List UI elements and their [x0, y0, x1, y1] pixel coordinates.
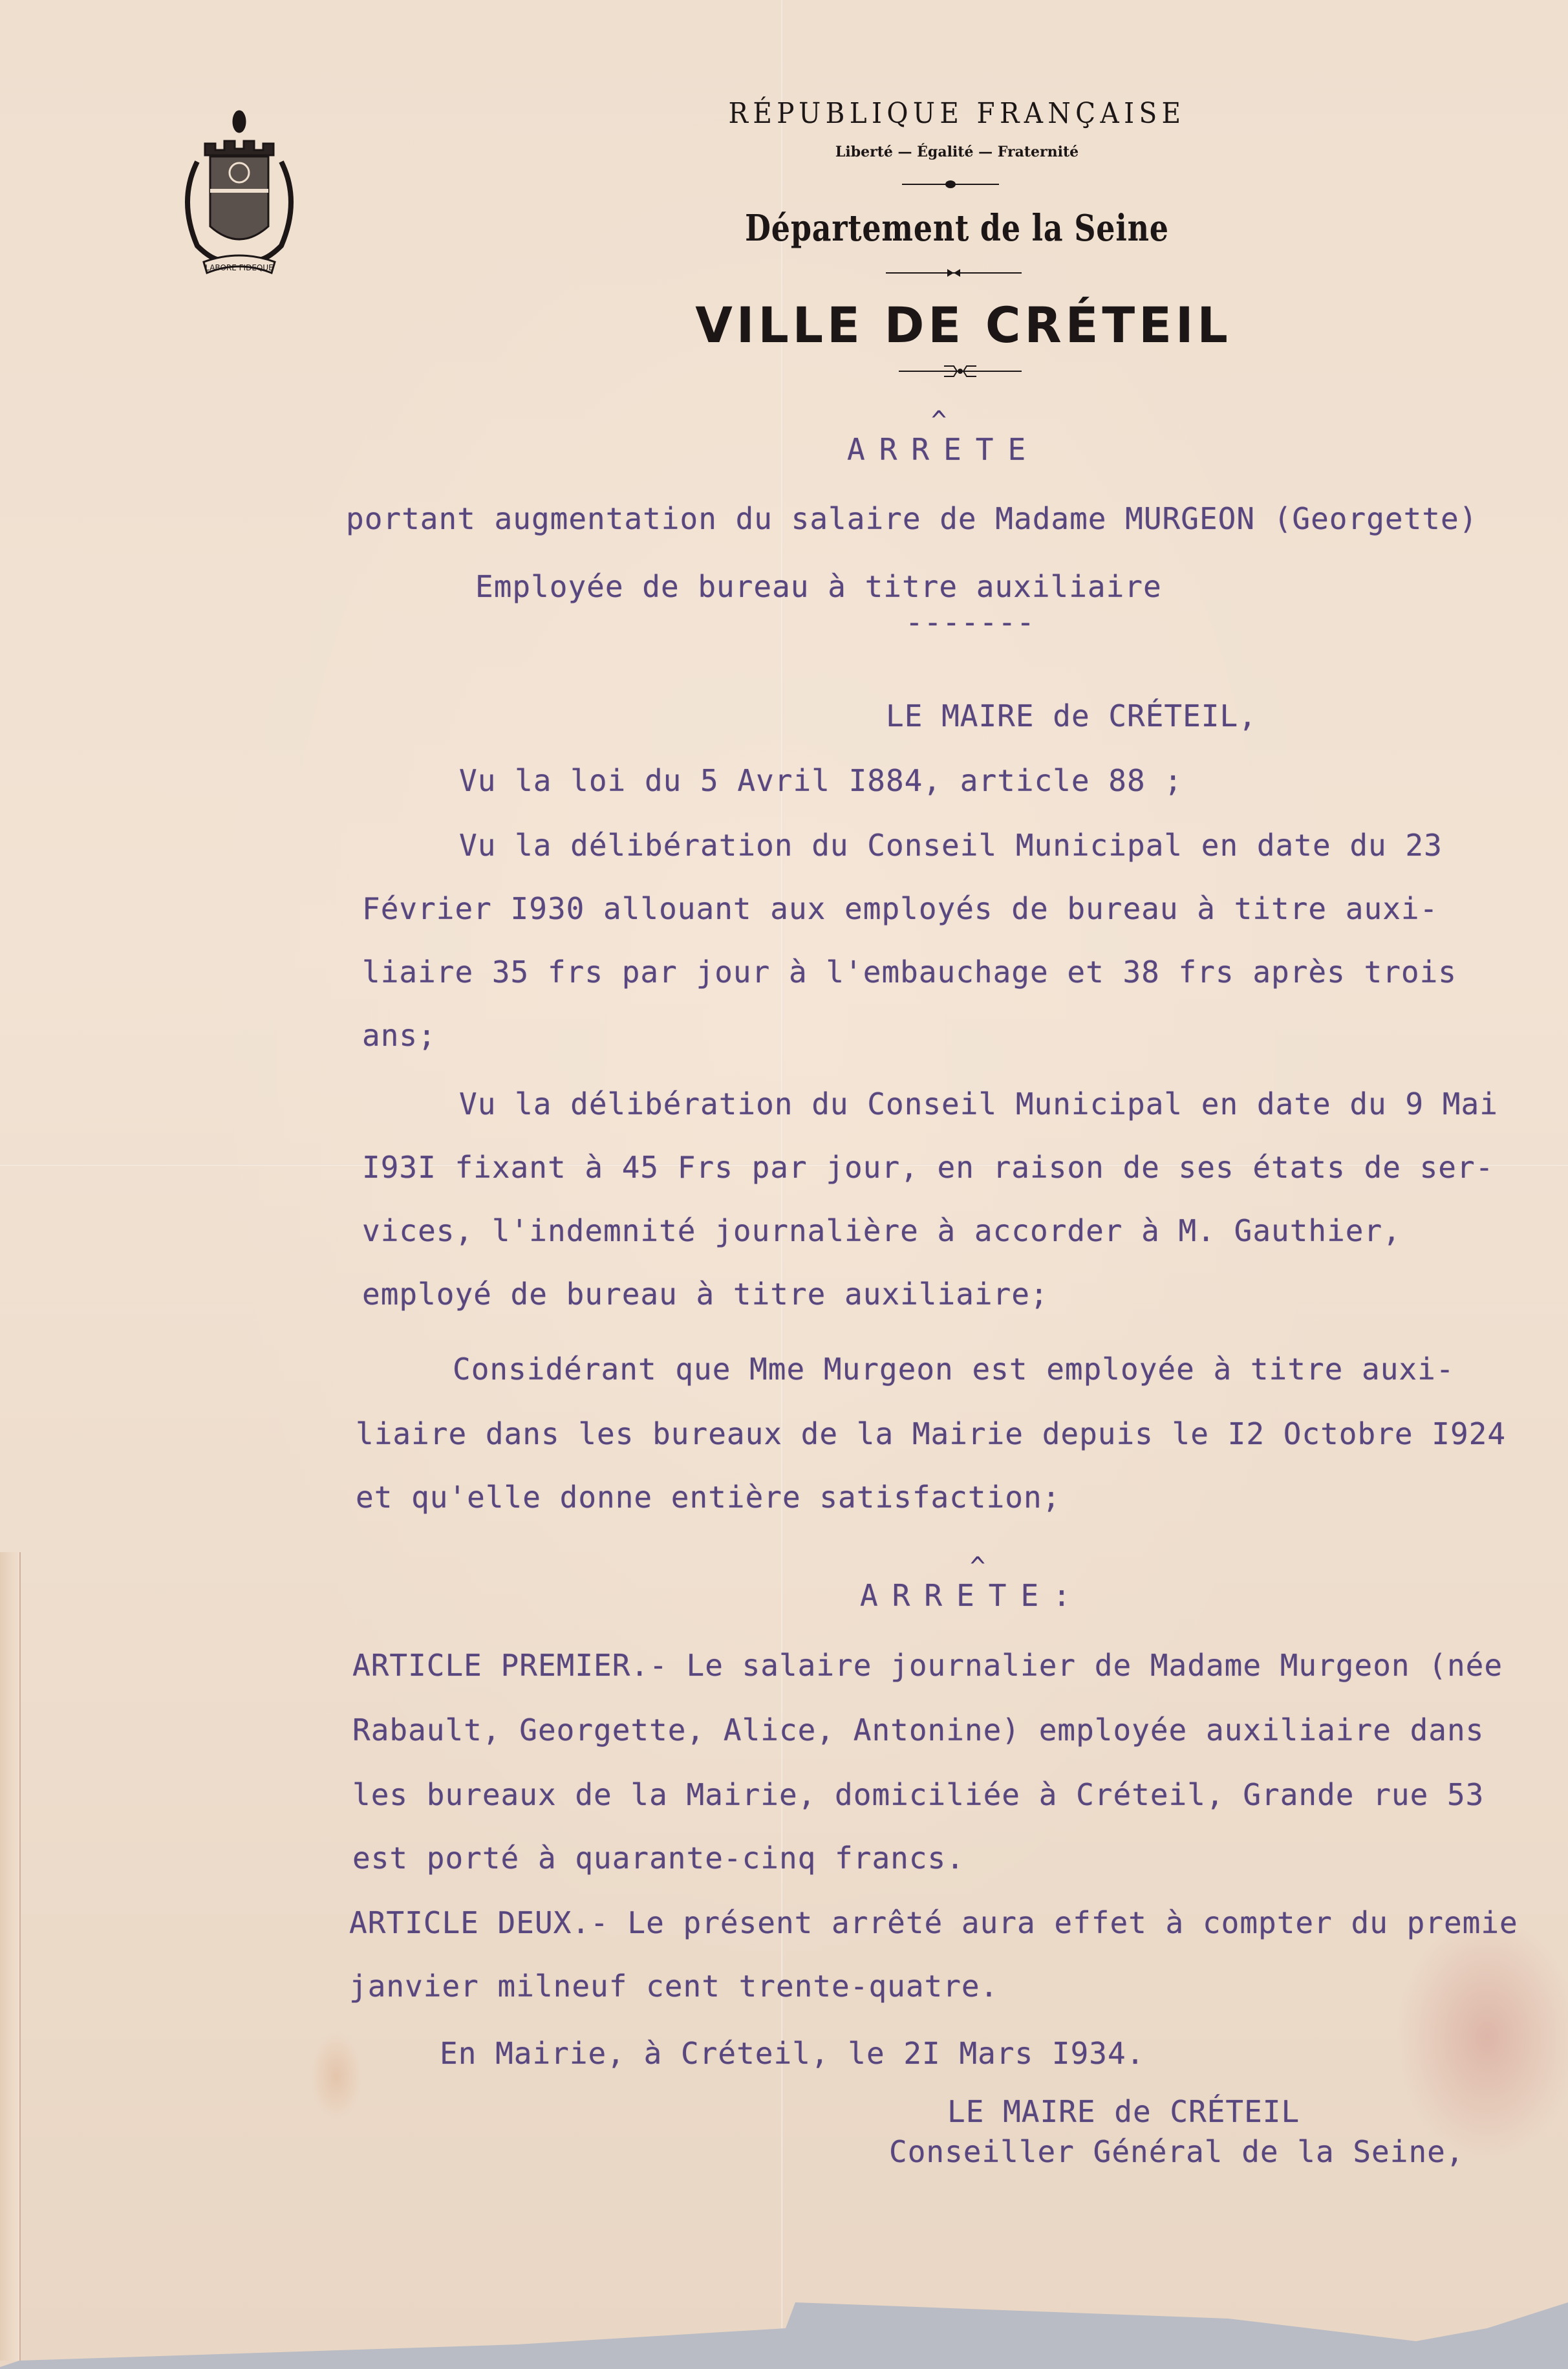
- consideration-1931-line-3: vices, l'indemnité journalière à accorde…: [362, 1213, 1401, 1248]
- consideration-1931-line-2: I93I fixant à 45 Frs par jour, en raison…: [362, 1150, 1494, 1185]
- article-1-line-3: les bureaux de la Mairie, domiciliée à C…: [352, 1777, 1484, 1812]
- article-1-line-4: est porté à quarante-cinq francs.: [352, 1841, 965, 1876]
- article-1-line-1: ARTICLE PREMIER.- Le salaire journalier …: [352, 1648, 1503, 1683]
- document-paper: LABORE FIDEQUE RÉPUBLIQUE FRANÇAISE Libe…: [0, 0, 1568, 2369]
- title-rule: -------: [905, 605, 1035, 640]
- consideration-employee-line-3: et qu'elle donne entière satisfaction;: [356, 1480, 1060, 1515]
- department-heading: Département de la Seine: [639, 207, 1275, 250]
- decree-heading: ARRETE:: [860, 1578, 1085, 1613]
- article-2-line-2: janvier milneuf cent trente-quatre.: [349, 1969, 998, 2004]
- article-1-line-2: Rabault, Georgette, Alice, Antonine) emp…: [352, 1713, 1484, 1747]
- consideration-1930-line-1: Vu la délibération du Conseil Municipal …: [459, 828, 1443, 863]
- subject-line-2: Employée de bureau à titre auxiliaire: [475, 569, 1162, 604]
- subject-line-1: portant augmentation du salaire de Madam…: [346, 501, 1477, 536]
- national-motto: Liberté — Égalité — Fraternité: [569, 144, 1345, 160]
- consideration-1930-line-4: ans;: [362, 1018, 436, 1053]
- signature-title: LE MAIRE de CRÉTEIL: [947, 2094, 1300, 2129]
- consideration-1931-line-1: Vu la délibération du Conseil Municipal …: [459, 1087, 1498, 1121]
- consideration-1930-line-3: liaire 35 frs par jour à l'embauchage et…: [362, 955, 1457, 990]
- coat-of-arms-icon: LABORE FIDEQUE: [165, 110, 314, 297]
- consideration-1931-line-4: employé de bureau à titre auxiliaire;: [362, 1277, 1049, 1312]
- consideration-employee-line-1: Considérant que Mme Murgeon est employée…: [453, 1352, 1455, 1387]
- article-2-line-1: ARTICLE DEUX.- Le présent arrêté aura ef…: [349, 1905, 1518, 1940]
- signature-subtitle: Conseiller Général de la Seine,: [889, 2134, 1465, 2169]
- ornament-divider-icon: [902, 178, 999, 191]
- svg-text:LABORE FIDEQUE: LABORE FIDEQUE: [205, 263, 273, 272]
- city-heading: VILLE DE CRÉTEIL: [552, 296, 1375, 354]
- consideration-1930-line-2: Février I930 allouant aux employés de bu…: [362, 891, 1438, 926]
- consideration-law: Vu la loi du 5 Avril I884, article 88 ;: [459, 763, 1183, 798]
- decree-title: ARRETE: [847, 432, 1040, 467]
- mayor-heading: LE MAIRE de CRÉTEIL,: [886, 698, 1257, 733]
- ornament-divider-icon: [886, 266, 1022, 279]
- republic-heading: RÉPUBLIQUE FRANÇAISE: [600, 97, 1314, 130]
- consideration-employee-line-2: liaire dans les bureaux de la Mairie dep…: [356, 1416, 1506, 1451]
- place-and-date: En Mairie, à Créteil, le 2I Mars I934.: [440, 2036, 1144, 2071]
- ornament-divider-icon: [899, 362, 1022, 378]
- folded-left-edge: [0, 1552, 21, 2361]
